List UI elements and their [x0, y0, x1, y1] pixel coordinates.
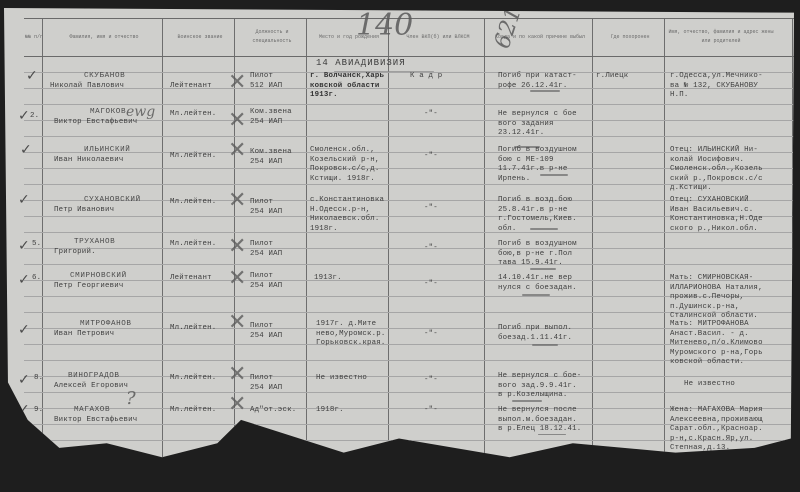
checkmark-icon: ✓ — [18, 372, 30, 388]
grid-line — [24, 248, 794, 249]
when: Погиб в воздушном бою с МЕ-109 11.7.41г.… — [498, 146, 577, 184]
relatives: Отец: ИЛЬИНСКИЙ Ни- колай Иосифович. Смо… — [670, 146, 763, 194]
header-rank: Воинское звание — [164, 18, 236, 56]
header-name: Фамилия, имя и отчество — [44, 18, 164, 56]
header-buried: Где похоронен — [594, 18, 666, 56]
cross-mark-icon: ✕ — [228, 362, 246, 387]
party: -"- — [424, 280, 438, 290]
birth: Не известно — [316, 374, 367, 384]
cross-mark-icon: ✕ — [228, 138, 246, 163]
first-names: Алексей Егорович — [54, 382, 128, 392]
last-name: СКУБАНОВ — [84, 72, 125, 82]
birth: 1913г. — [314, 274, 342, 284]
rank: Мл.лейтен. — [170, 406, 216, 416]
checkmark-icon: ✓ — [18, 322, 30, 338]
handwritten-page-number: 140 — [356, 8, 413, 43]
position: Ком.звена 254 ИАП — [250, 108, 292, 127]
header-position: Должность и специальность — [236, 18, 308, 56]
date-underline — [530, 90, 560, 92]
position: Пилот 254 ИАП — [250, 272, 282, 291]
position: Пилот 254 ИАП — [250, 240, 282, 259]
checkmark-icon: ✓ — [18, 272, 30, 288]
row-number: 8. — [34, 374, 43, 384]
relatives: Мать: СМИРНОВСКАЯ- ИЛЛАРИОНОВА Наталия, … — [670, 274, 763, 322]
last-name: ВИНОГРАДОВ — [68, 372, 120, 382]
birth: 1917г. д.Мите нево,Муромск.р. Горьковск.… — [316, 320, 386, 349]
party: -"- — [424, 110, 438, 120]
grid-line — [24, 264, 794, 265]
cross-mark-icon: ✕ — [228, 70, 246, 95]
position: Пилот 254 ИАП — [250, 374, 282, 393]
party: -"- — [424, 406, 438, 416]
grid-line — [24, 136, 794, 137]
grid-line — [24, 376, 794, 377]
date-underline — [512, 400, 542, 402]
grid-line — [792, 18, 793, 458]
last-name: ИЛЬИНСКИЙ — [84, 146, 130, 156]
first-names: Григорий. — [54, 248, 96, 258]
position: Ад"от.эск. — [250, 406, 296, 416]
grid-line — [24, 392, 794, 393]
rank: Мл.лейтен. — [170, 110, 216, 120]
grid-line — [24, 56, 794, 57]
handwritten-signature: ewg — [126, 104, 155, 120]
date-underline — [532, 344, 558, 346]
checkmark-icon: ✓ — [18, 238, 30, 254]
row-number: 5. — [32, 240, 41, 250]
rank: Мл.лейтен. — [170, 152, 216, 162]
checkmark-icon: ✓ — [18, 108, 30, 124]
cross-mark-icon: ✕ — [228, 310, 246, 335]
checkmark-icon: ✓ — [18, 402, 30, 418]
position: Ком.звена 254 ИАП — [250, 148, 292, 167]
when: Погиб при катаст- рофе 26.12.41г. — [498, 72, 577, 91]
cross-mark-icon: ✕ — [228, 392, 246, 417]
row-number: 6. — [32, 274, 41, 284]
birth: г. Волчанск,Харь ковской области 1913г. — [310, 72, 384, 101]
first-names: Николай Павлович — [50, 82, 124, 92]
date-underline — [538, 434, 566, 435]
position: Пилот 254 ИАП — [250, 198, 282, 217]
relatives: Мать: МИТРОФАНОВА Анаст.Васил. - д. Мите… — [670, 320, 763, 368]
document-page: №№ п/п Фамилия, имя и отчество Воинское … — [4, 8, 794, 476]
last-name: МАГОКОВ — [90, 108, 126, 118]
checkmark-icon: ✓ — [20, 142, 32, 158]
first-names: Петр Иванович — [54, 206, 114, 216]
when: 14.10.41г.не вер нулся с боезадан. — [498, 274, 577, 293]
cross-mark-icon: ✕ — [228, 266, 246, 291]
relatives: г.Одесса,ул.Мечнико- ва № 132, СКУБАНОВУ… — [670, 72, 763, 101]
date-underline — [530, 268, 556, 270]
when: Не вернулся с бое- вого зад.9.9.41г. в р… — [498, 372, 581, 401]
relatives: Жена: МАГАХОВА Мария Алексеевна,проживаю… — [670, 406, 763, 454]
date-underline — [540, 174, 568, 176]
relatives: Не известно — [684, 380, 735, 390]
handwritten-question-mark: ? — [126, 388, 136, 409]
when: Не вернулся после выпол.м.боезадан. в р.… — [498, 406, 581, 435]
relatives: Отец: СУХАНОВСКИЙ Иван Васильевич.с. Кон… — [670, 196, 763, 234]
position: Пилот 512 ИАП — [250, 72, 282, 91]
party: -"- — [424, 330, 438, 340]
unit-title: 14 АВИАДИВИЗИЯ — [316, 58, 406, 68]
rank: Мл.лейтен. — [170, 198, 216, 208]
cross-mark-icon: ✕ — [228, 188, 246, 213]
rank: Мл.лейтен. — [170, 374, 216, 384]
header-relatives: Имя, отчество, фамилия и адрес жены или … — [666, 18, 776, 56]
cross-mark-icon: ✕ — [228, 234, 246, 259]
row-number: 9. — [34, 406, 43, 416]
date-underline — [530, 228, 558, 230]
party: К а д р — [410, 72, 442, 82]
party: -"- — [424, 376, 438, 386]
row-number: 2. — [30, 112, 39, 122]
rank: Лейтенант — [170, 82, 212, 92]
when: Не вернулся с бое вого задания 23.12.41г… — [498, 110, 577, 139]
last-name: МАГАХОВ — [74, 406, 110, 416]
last-name: ТРУХАНОВ — [74, 238, 115, 248]
party: -"- — [424, 152, 438, 162]
first-names: Иван Николаевич — [54, 156, 124, 166]
first-names: Виктор Евстафьевич — [54, 118, 137, 128]
checkmark-icon: ✓ — [26, 68, 38, 84]
party: -"- — [424, 244, 438, 254]
birth: Смоленск.обл., Козельский р-н, Покровск.… — [310, 146, 380, 184]
birth: с.Константиновка Н.Одесск.р-н, Николаевс… — [310, 196, 384, 234]
archive-stamp: Лис 6711-71 г. — [728, 473, 766, 478]
position: Пилот 254 ИАП — [250, 322, 282, 341]
rank: Мл.лейтен. — [170, 240, 216, 250]
last-name: СМИРНОВСКИЙ — [70, 272, 127, 282]
checkmark-icon: ✓ — [18, 192, 30, 208]
header-num: №№ п/п — [24, 18, 44, 56]
last-name: МИТРОФАНОВ — [80, 320, 132, 330]
last-name: СУХАНОВСКИЙ — [84, 196, 141, 206]
rank: Мл.лейтен. — [170, 324, 216, 334]
first-names: Виктор Евстафьевич — [54, 416, 137, 426]
date-underline — [522, 294, 550, 296]
first-names: Иван Петрович — [54, 330, 114, 340]
first-names: Петр Георгиевич — [54, 282, 124, 292]
buried: г.Лиецк — [596, 72, 628, 82]
cross-mark-icon: ✕ — [228, 108, 246, 133]
when: Погиб в воздушном бою,в р-не г.Пол тава … — [498, 240, 577, 269]
when: Погиб при выпол. боезад.1.11.41г. — [498, 324, 572, 343]
grid-line — [24, 120, 794, 121]
birth: 1918г. — [316, 406, 344, 416]
rank: Лейтенант — [170, 274, 212, 284]
party: -"- — [424, 204, 438, 214]
